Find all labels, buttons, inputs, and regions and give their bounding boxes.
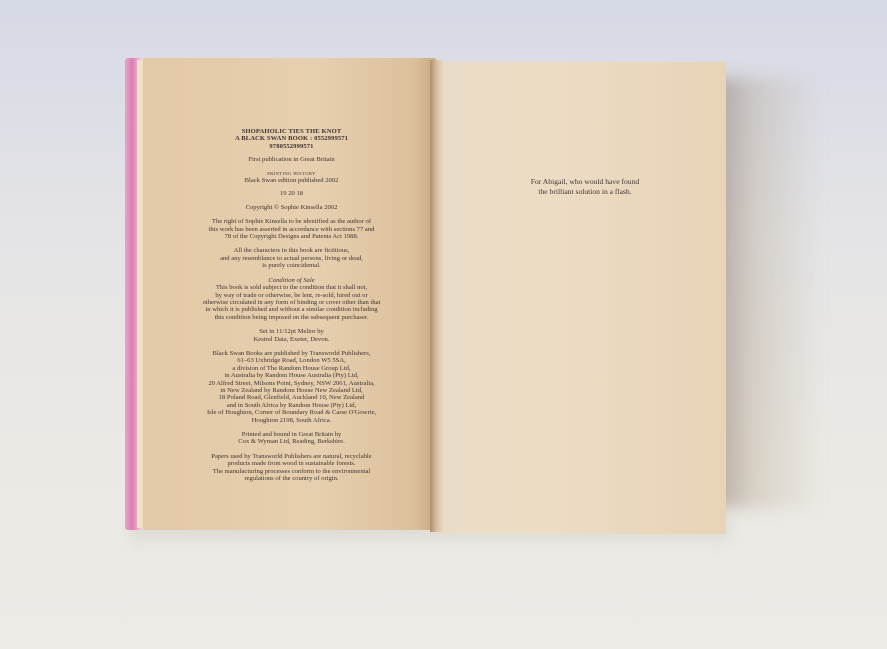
publisher-line: 20 Alfred Street, Milsons Point, Sydney,…: [150, 380, 433, 387]
paper-note-line: Papers used by Transworld Publishers are…: [150, 453, 433, 460]
right-page: [438, 62, 726, 534]
printer-line: Printed and bound in Great Britain by: [150, 431, 433, 438]
isbn-line: A BLACK SWAN BOOK : 0552999571: [150, 135, 433, 142]
publisher-line: Black Swan Books are published by Transw…: [150, 350, 433, 357]
moral-rights-line: The right of Sophie Kinsella to be ident…: [150, 218, 433, 225]
book-title: SHOPAHOLIC TIES THE KNOT: [150, 128, 433, 135]
publisher-line: in Australia by Random House Australia (…: [150, 372, 433, 379]
disclaimer-line: is purely coincidental.: [150, 262, 433, 269]
publisher-line: Houghton 2198, South Africa.: [150, 417, 433, 424]
print-run: 19 20 18: [150, 190, 433, 197]
moral-rights-line: this work has been asserted in accordanc…: [150, 226, 433, 233]
edition: Black Swan edition published 2002: [150, 177, 433, 184]
publisher-line: 61–63 Uxbridge Road, London W5 5SA,: [150, 357, 433, 364]
paper-note-line: The manufacturing processes conform to t…: [150, 468, 433, 475]
condition-line: This book is sold subject to the conditi…: [150, 284, 433, 291]
publisher-line: and in South Africa by Random House (Pty…: [150, 402, 433, 409]
publisher-line: Isle of Houghton, Corner of Boundary Roa…: [150, 409, 433, 416]
condition-line: otherwise circulated in any form of bind…: [150, 299, 433, 306]
typesetting-line: Set in 11/12pt Melior by: [150, 328, 433, 335]
condition-line: by way of trade or otherwise, be lent, r…: [150, 292, 433, 299]
dedication-line: the brilliant solution in a flash.: [470, 187, 700, 197]
paper-note-line: regulations of the country of origin.: [150, 475, 433, 482]
isbn13: 9780552999571: [150, 143, 433, 150]
publisher-line: a division of The Random House Group Ltd…: [150, 365, 433, 372]
copyright-page-text: SHOPAHOLIC TIES THE KNOT A BLACK SWAN BO…: [150, 128, 433, 482]
dedication-line: For Abigail, who would have found: [470, 177, 700, 187]
first-publication: First publication in Great Britain: [150, 156, 433, 163]
disclaimer-line: All the characters in this book are fict…: [150, 247, 433, 254]
photo-scene: SHOPAHOLIC TIES THE KNOT A BLACK SWAN BO…: [0, 0, 887, 649]
printing-history-label: PRINTING HISTORY: [150, 170, 433, 177]
publisher-line: in New Zealand by Random House New Zeala…: [150, 387, 433, 394]
condition-heading: Condition of Sale: [150, 277, 433, 284]
typesetting-line: Kestrel Data, Exeter, Devon.: [150, 336, 433, 343]
condition-line: in which it is published and without a s…: [150, 306, 433, 313]
moral-rights-line: 78 of the Copyright Designs and Patents …: [150, 233, 433, 240]
condition-line: this condition being imposed on the subs…: [150, 314, 433, 321]
publisher-line: 18 Poland Road, Glenfield, Auckland 10, …: [150, 394, 433, 401]
copyright-line: Copyright © Sophie Kinsella 2002: [150, 204, 433, 211]
paper-note-line: products made from wood in sustainable f…: [150, 460, 433, 467]
disclaimer-line: and any resemblance to actual persons, l…: [150, 255, 433, 262]
printer-line: Cox & Wyman Ltd, Reading, Berkshire.: [150, 438, 433, 445]
dedication: For Abigail, who would have found the br…: [470, 177, 700, 197]
